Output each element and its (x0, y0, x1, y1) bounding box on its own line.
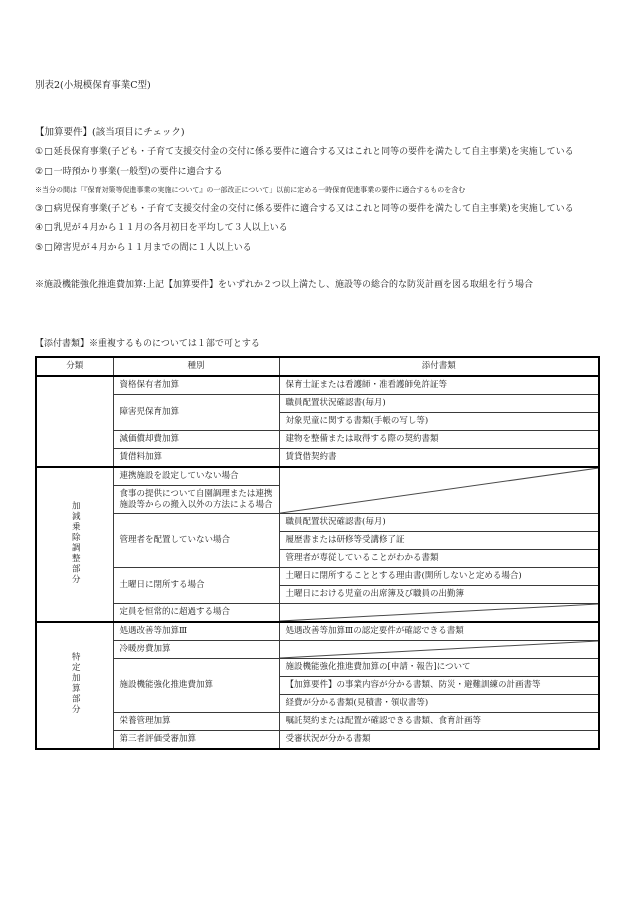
doc-cell: 土曜日における児童の出席簿及び職員の出勤簿 (279, 586, 599, 604)
col-header-document: 添付書類 (279, 357, 599, 376)
doc-cell: 土曜日に閉所することとする理由書(開所しないと定める場合) (279, 568, 599, 586)
checkbox-icon[interactable]: □ (44, 243, 53, 253)
doc-cell: 保育士証または看護師・准看護師免許証等 (279, 376, 599, 395)
table-row: 管理者を配置していない場合 職員配置状況確認書(毎月) (36, 514, 599, 532)
requirement-item-1: ①□延長保育事業(子ども・子育て支援交付金の交付に係る要件に適合する又はこれと同… (35, 147, 598, 157)
attachments-heading-label: 【添付書類】 (35, 339, 89, 349)
item-number: ④ (35, 223, 43, 233)
doc-cell: 受審状況が分かる書類 (279, 731, 599, 750)
category-cell: 特定加算部分 (36, 622, 113, 749)
doc-cell: 対象児童に関する書類(手帳の写し等) (279, 413, 599, 431)
kind-cell: 食事の提供について自園調理または連携施設等からの搬入以外の方法による場合 (113, 486, 279, 514)
kind-cell: 定員を恒常的に超過する場合 (113, 604, 279, 623)
requirement-item-4: ④□乳児が４月から１１月の各月初日を平均して３人以上いる (35, 223, 598, 233)
table-row: 定員を恒常的に超過する場合 (36, 604, 599, 623)
interim-note: ※当分の間は「『保育対策等促進事業の実施について』の一部改正について」以前に定め… (35, 185, 598, 195)
kind-cell: 連携施設を設定していない場合 (113, 467, 279, 486)
doc-cell: 職員配置状況確認書(毎月) (279, 395, 599, 413)
table-row: 栄養管理加算 嘱託契約または配置が確認できる書類、食育計画等 (36, 713, 599, 731)
doc-cell: 経費が分かる書類(見積書・領収書等) (279, 695, 599, 713)
diagonal-cell (279, 604, 599, 623)
doc-cell: 施設機能強化推進費加算の[申請・報告]について (279, 659, 599, 677)
checkbox-icon[interactable]: □ (44, 223, 53, 233)
requirement-text: 延長保育事業(子ども・子育て支援交付金の交付に係る要件に適合する又はこれと同等の… (54, 147, 574, 157)
table-row: 減価償却費加算 建物を整備または取得する際の契約書類 (36, 431, 599, 449)
kind-cell: 減価償却費加算 (113, 431, 279, 449)
category-cell-blank (36, 376, 113, 467)
item-number: ② (35, 167, 43, 177)
kind-cell: 処遇改善等加算Ⅲ (113, 622, 279, 641)
table-row: 第三者評価受審加算 受審状況が分かる書類 (36, 731, 599, 750)
section-heading-attachments: 【添付書類】※重複するものについては１部で可とする (35, 336, 598, 349)
diagonal-line (280, 604, 599, 621)
kind-cell: 冷暖房費加算 (113, 641, 279, 659)
diagonal-line (280, 468, 599, 513)
checkbox-icon[interactable]: □ (44, 204, 53, 214)
checkbox-icon[interactable]: □ (44, 167, 53, 177)
requirement-item-5: ⑤□障害児が４月から１１月までの間に１人以上いる (35, 243, 598, 253)
doc-cell: 【加算要件】の事業内容が分かる書類、防災・避難訓練の計画書等 (279, 677, 599, 695)
doc-cell: 管理者が専従していることがわかる書類 (279, 550, 599, 568)
page-title: 別表2(小規模保育事業C型) (35, 0, 598, 91)
table-row: 障害児保育加算 職員配置状況確認書(毎月) (36, 395, 599, 413)
section-heading-addition-requirements: 【加算要件】(該当項目にチェック) (35, 124, 598, 138)
table-row: 資格保有者加算 保育士証または看護師・准看護師免許証等 (36, 376, 599, 395)
diagonal-line (280, 641, 599, 658)
requirement-item-3: ③□病児保育事業(子ども・子育て支援交付金の交付に係る要件に適合する又はこれと同… (35, 204, 598, 214)
col-header-category: 分類 (36, 357, 113, 376)
doc-cell: 職員配置状況確認書(毎月) (279, 514, 599, 532)
item-number: ⑤ (35, 243, 43, 253)
category-cell: 加減乗除調整部分 (36, 467, 113, 622)
category-label-vertical: 加減乗除調整部分 (69, 501, 80, 585)
col-header-kind: 種別 (113, 357, 279, 376)
table-row: 特定加算部分 処遇改善等加算Ⅲ 処遇改善等加算Ⅲの認定要件が確認できる書類 (36, 622, 599, 641)
category-label-vertical: 特定加算部分 (69, 652, 80, 715)
checkbox-icon[interactable]: □ (44, 147, 53, 157)
doc-cell: 履歴書または研修等受講修了証 (279, 532, 599, 550)
document-page: 別表2(小規模保育事業C型) 【加算要件】(該当項目にチェック) ①□延長保育事… (0, 0, 630, 903)
item-number: ① (35, 147, 43, 157)
doc-cell: 賃貸借契約書 (279, 449, 599, 468)
kind-cell: 第三者評価受審加算 (113, 731, 279, 750)
kind-cell: 賃借料加算 (113, 449, 279, 468)
diagonal-cell (279, 467, 599, 514)
table-row: 賃借料加算 賃貸借契約書 (36, 449, 599, 468)
requirement-text: 病児保育事業(子ども・子育て支援交付金の交付に係る要件に適合する又はこれと同等の… (54, 204, 574, 214)
kind-cell: 障害児保育加算 (113, 395, 279, 431)
page-content: 別表2(小規模保育事業C型) 【加算要件】(該当項目にチェック) ①□延長保育事… (35, 0, 598, 750)
attachments-table: 分類 種別 添付書類 資格保有者加算 保育士証または看護師・准看護師免許証等 障… (35, 356, 600, 750)
doc-cell: 嘱託契約または配置が確認できる書類、食育計画等 (279, 713, 599, 731)
kind-cell: 施設機能強化推進費加算 (113, 659, 279, 713)
facility-strengthening-note: ※施設機能強化推進費加算:上記【加算要件】をいずれか２つ以上満たし、施設等の総合… (35, 277, 598, 290)
kind-cell: 資格保有者加算 (113, 376, 279, 395)
attachments-heading-note: ※重複するものについては１部で可とする (89, 339, 260, 349)
kind-cell: 管理者を配置していない場合 (113, 514, 279, 568)
diagonal-cell (279, 641, 599, 659)
doc-cell: 処遇改善等加算Ⅲの認定要件が確認できる書類 (279, 622, 599, 641)
table-row: 加減乗除調整部分 連携施設を設定していない場合 (36, 467, 599, 486)
kind-cell: 栄養管理加算 (113, 713, 279, 731)
table-row: 土曜日に閉所する場合 土曜日に閉所することとする理由書(開所しないと定める場合) (36, 568, 599, 586)
table-row: 施設機能強化推進費加算 施設機能強化推進費加算の[申請・報告]について (36, 659, 599, 677)
table-row: 冷暖房費加算 (36, 641, 599, 659)
table-header-row: 分類 種別 添付書類 (36, 357, 599, 376)
kind-cell: 土曜日に閉所する場合 (113, 568, 279, 604)
requirement-text: 障害児が４月から１１月までの間に１人以上いる (54, 243, 252, 253)
requirement-item-2: ②□一時預かり事業(一般型)の要件に適合する (35, 167, 598, 177)
item-number: ③ (35, 204, 43, 214)
requirement-text: 乳児が４月から１１月の各月初日を平均して３人以上いる (54, 223, 288, 233)
requirement-text: 一時預かり事業(一般型)の要件に適合する (54, 167, 223, 177)
doc-cell: 建物を整備または取得する際の契約書類 (279, 431, 599, 449)
